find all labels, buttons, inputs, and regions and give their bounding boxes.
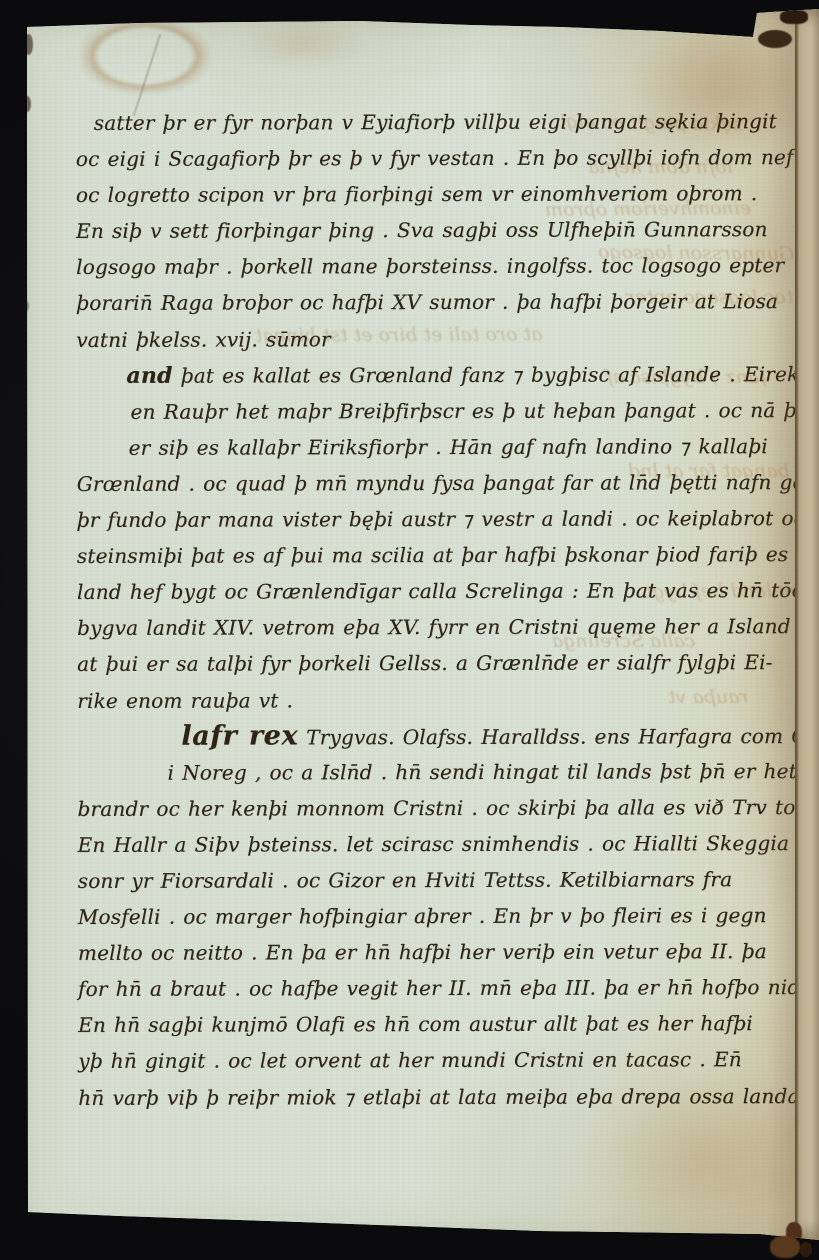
manuscript-line: yþ hn̄ gingit . oc let orvent at her mun…	[78, 1042, 778, 1080]
manuscript-line: Mosfelli . oc marger hofþingiar aþrer . …	[78, 897, 778, 935]
manuscript-line: rike enom rauþa vt .	[77, 681, 777, 719]
manuscript-line: en Rauþr het maþr Breiþfirþscr es þ ut h…	[130, 392, 776, 430]
manuscript-line: land hef bygt oc Grænlendīgar calla Scre…	[77, 572, 777, 610]
binding-fragment	[800, 1242, 812, 1257]
underlying-page-edge	[795, 8, 819, 1242]
manuscript-photo: sękia þingit oc eigiiofn dom nefnaeinomh…	[0, 0, 819, 1260]
manuscript-text: satter þr er fyr norþan v Eyiafiorþ vill…	[76, 103, 779, 1115]
manuscript-line: Grœnland . oc quad þ mn̄ myndu fysa þang…	[77, 464, 777, 502]
manuscript-line: sonr yr Fiorsardali . oc Gizor en Hviti …	[78, 861, 778, 899]
manuscript-line: and þat es kallat es Grœnland fanz ⁊ byg…	[126, 356, 776, 394]
section-olaf-tryggvason: lafr rex Trygvas. Olafss. Haralldss. ens…	[77, 717, 778, 1116]
manuscript-line: vatni þkelss. xvij. sūmor	[76, 320, 776, 358]
manuscript-line: bygva landit XIV. vetrom eþa XV. fyrr en…	[77, 608, 777, 646]
section-greenland: and þat es kallat es Grœnland fanz ⁊ byg…	[76, 356, 777, 719]
fold-shadow	[766, 0, 795, 1260]
manuscript-line: logsogo maþr . þorkell mane þorsteinss. …	[76, 247, 776, 285]
manuscript-line: En siþ v sett fiorþingar þing . Sva sagþ…	[76, 211, 776, 249]
section-opening-word: and	[126, 362, 172, 388]
manuscript-line: þr fundo þar mana vister bęþi austr ⁊ ve…	[77, 500, 777, 538]
manuscript-line: oc logretto scipon vr þra fiorþingi sem …	[76, 175, 776, 213]
manuscript-line: brandr oc her kenþi monnom Cristni . oc …	[77, 789, 777, 827]
manuscript-line: at þui er sa talþi fyr þorkeli Gellss. a…	[77, 644, 777, 682]
manuscript-page: sękia þingit oc eigiiofn dom nefnaeinomh…	[0, 0, 819, 1260]
manuscript-line: i Noreg , oc a Isln̄d . hn̄ sendi hingat…	[167, 753, 777, 791]
manuscript-line: oc eigi i Scagafiorþ þr es þ v fyr vesta…	[76, 139, 776, 177]
manuscript-line: En Hallr a Siþv þsteinss. let scirasc sn…	[78, 825, 778, 863]
manuscript-line: hn̄ varþ viþ þ reiþr miok ⁊ etlaþi at la…	[78, 1078, 778, 1116]
manuscript-line: steinsmiþi þat es af þui ma scilia at þa…	[77, 536, 777, 574]
section-allthing-quarters: satter þr er fyr norþan v Eyiafiorþ vill…	[76, 103, 777, 357]
manuscript-line: lafr rex Trygvas. Olafss. Haralldss. ens…	[181, 717, 777, 755]
manuscript-line: mellto oc neitto . En þa er hn̄ hafþi he…	[78, 933, 778, 971]
manuscript-line: for hn̄ a braut . oc hafþe vegit her II.…	[78, 969, 778, 1007]
manuscript-line: er siþ es kallaþr Eiriksfiorþr . Hān gaf…	[129, 428, 777, 466]
section-opening-word: lafr rex	[181, 720, 298, 751]
manuscript-line: En hn̄ sagþi kunjmō Olafi es hn̄ com aus…	[78, 1005, 778, 1043]
manuscript-line: þorarin̄ Raga broþor oc hafþi XV sumor .…	[76, 284, 776, 322]
binding-fragment	[770, 1236, 800, 1258]
manuscript-line: satter þr er fyr norþan v Eyiafiorþ vill…	[94, 103, 776, 141]
